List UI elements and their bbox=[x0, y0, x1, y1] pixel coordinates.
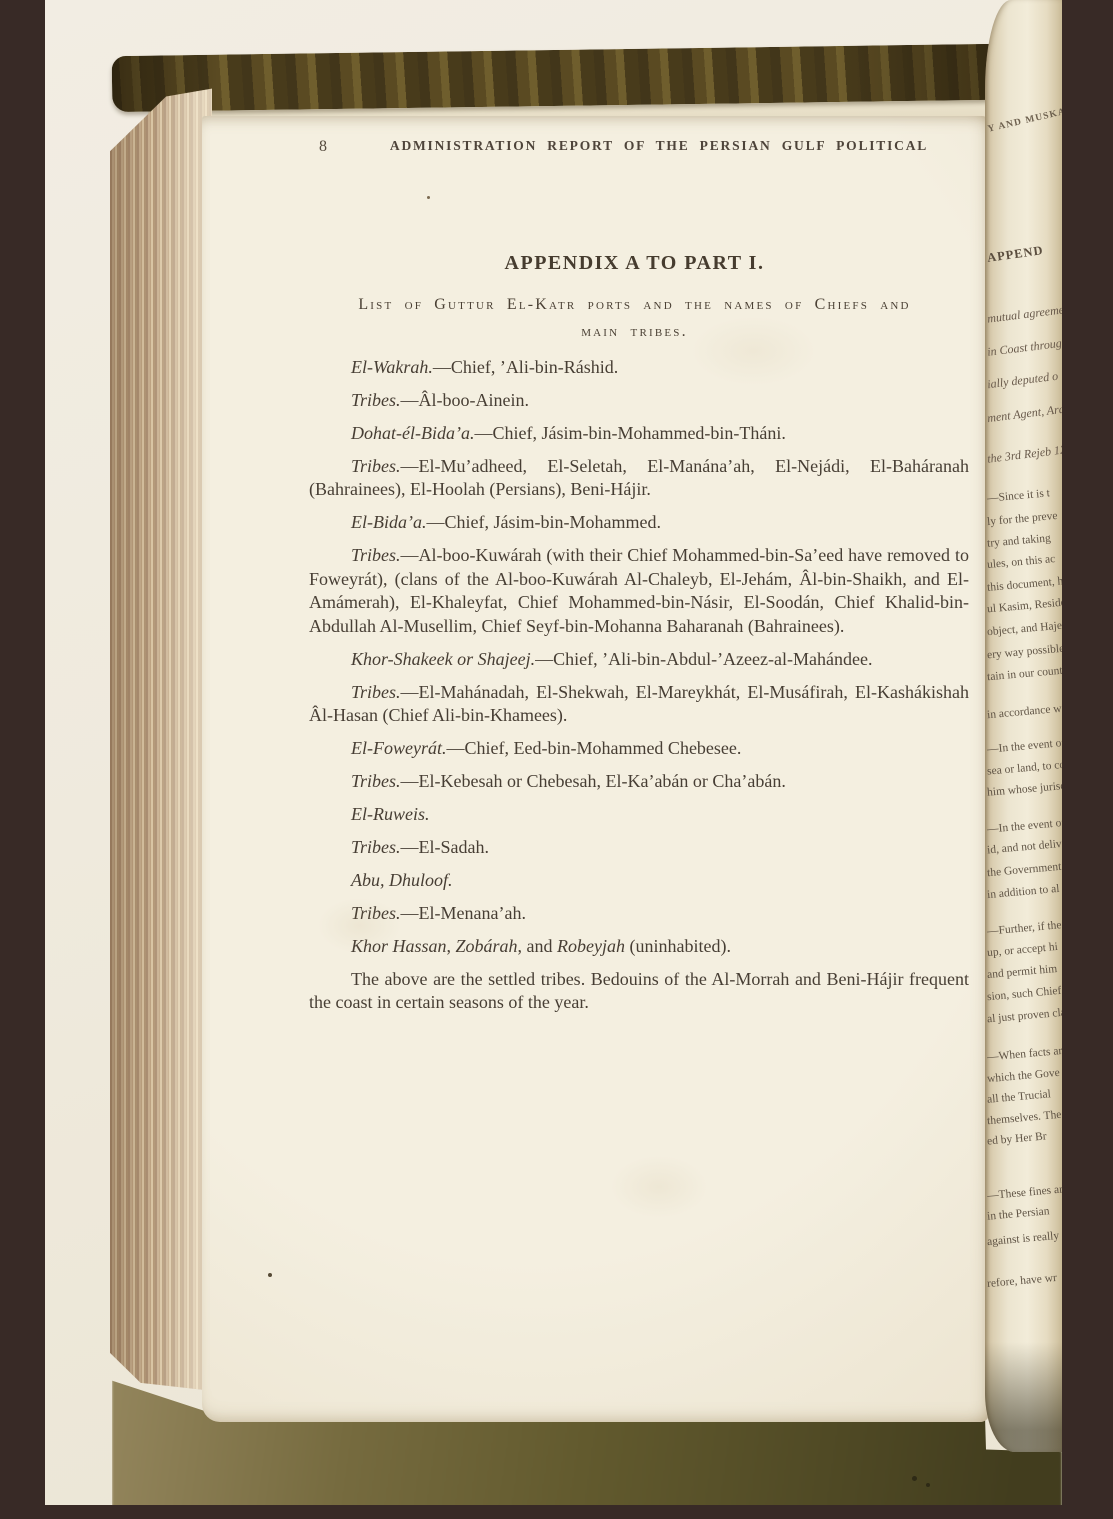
next-page-text-fragment: —These fines are on bbox=[987, 1182, 1062, 1202]
next-page-text-fragment: tain in our count bbox=[987, 665, 1062, 684]
running-header: ADMINISTRATION REPORT OF THE PERSIAN GUL… bbox=[349, 138, 969, 154]
next-page-text-fragment: ment Agent, Arab bbox=[986, 401, 1062, 426]
next-page-text-fragment: —In the event of i bbox=[987, 816, 1062, 835]
next-page-text-fragment: refore, have wr bbox=[987, 1272, 1058, 1290]
page-body: El-Wakrah.—Chief, ’Ali-bin-Ráshid.Tribes… bbox=[309, 356, 969, 1024]
next-page-text-fragment: ules, on this ac bbox=[987, 553, 1056, 571]
next-page-text-fragment: al just proven cla bbox=[987, 1007, 1062, 1026]
next-page-text-fragment: which the Gove bbox=[987, 1067, 1061, 1085]
list-title-line-1: List of Guttur El-Katr ports and the nam… bbox=[282, 296, 987, 314]
next-page-text-fragment: against is really bbox=[987, 1230, 1060, 1248]
paragraph: Tribes.—Al-boo-Kuwárah (with their Chief… bbox=[309, 544, 969, 638]
paragraph: Tribes.—El-Sadah. bbox=[309, 836, 969, 859]
next-page-text-fragment: Y AND MUSKAT bbox=[987, 105, 1062, 134]
next-page-text-fragment: the Government bbox=[987, 861, 1062, 879]
next-page-text-fragment: sea or land, to con bbox=[987, 758, 1062, 777]
page-number: 8 bbox=[319, 138, 327, 156]
next-page-text-fragment: sion, such Chief bbox=[987, 985, 1062, 1003]
paragraph: Tribes.—El-Kebesah or Chebesah, El-Ka’ab… bbox=[309, 770, 969, 793]
next-page-text-fragment: ly for the preve bbox=[987, 510, 1058, 528]
next-page-edge: Y AND MUSKATAPPENDmutual agreemein Coast… bbox=[985, 0, 1062, 1452]
next-page-text-fragment: in addition to al bbox=[987, 883, 1060, 901]
next-page-text-fragment: ed by Her Br bbox=[987, 1130, 1048, 1147]
next-page-text-fragment: up, or accept hi bbox=[987, 941, 1059, 959]
paragraph: Tribes.—Âl-boo-Ainein. bbox=[309, 389, 969, 412]
next-page-text-fragment: —Further, if the C bbox=[987, 918, 1062, 937]
next-page-text-fragment: in the Persian bbox=[987, 1205, 1050, 1222]
shadow-speck bbox=[926, 1483, 930, 1487]
paragraph: El-Bida’a.—Chief, Jásim-bin-Mohammed. bbox=[309, 511, 969, 534]
photo-scene: 8 ADMINISTRATION REPORT OF THE PERSIAN G… bbox=[45, 0, 1062, 1505]
paragraph: Abu, Dhuloof. bbox=[309, 869, 969, 892]
list-title-line-2: main tribes. bbox=[282, 323, 987, 341]
paragraph: The above are the settled tribes. Bedoui… bbox=[309, 968, 969, 1015]
next-page-text-fragment: try and taking bbox=[987, 532, 1052, 550]
appendix-heading: APPENDIX A TO PART I. bbox=[302, 252, 967, 275]
paragraph: El-Wakrah.—Chief, ’Ali-bin-Ráshid. bbox=[309, 356, 969, 379]
paragraph: El-Foweyrát.—Chief, Eed-bin-Mohammed Che… bbox=[309, 737, 969, 760]
paragraph: Khor-Shakeek or Shajeej.—Chief, ’Ali-bin… bbox=[309, 648, 969, 671]
next-page-text-fragment: in Coast through bbox=[986, 335, 1062, 360]
paragraph: Tribes.—El-Menana’ah. bbox=[309, 902, 969, 925]
next-page-text-fragment: in accordance w bbox=[987, 703, 1062, 721]
book-fore-edge bbox=[110, 86, 212, 1392]
paper-speck bbox=[427, 196, 430, 199]
next-page-text-fragment: APPEND bbox=[986, 243, 1044, 266]
paragraph: El-Ruweis. bbox=[309, 803, 969, 826]
next-page-text-fragment: —Since it is t bbox=[987, 487, 1051, 504]
next-page-text-fragment: this document, here bbox=[987, 574, 1062, 594]
paragraph: Tribes.—El-Mahánadah, El-Shekwah, El-Mar… bbox=[309, 681, 969, 728]
next-page-text-fragment: ul Kasim, Reside bbox=[987, 597, 1062, 616]
next-page-text-fragment: ially deputed o bbox=[986, 369, 1059, 393]
next-page-text-fragment: and permit him bbox=[987, 963, 1058, 981]
paragraph: Tribes.—El-Mu’adheed, El-Seletah, El-Man… bbox=[309, 455, 969, 502]
paper-speck bbox=[268, 1273, 272, 1277]
paragraph: Dohat-él-Bida’a.—Chief, Jásim-bin-Mohamm… bbox=[309, 422, 969, 445]
next-page-text-fragment: id, and not delive bbox=[987, 838, 1062, 857]
next-page-text-fragment: —When facts are bbox=[987, 1045, 1062, 1064]
shadow-speck bbox=[912, 1476, 917, 1481]
next-page-text-fragment: the 3rd Rejeb 12 bbox=[986, 442, 1062, 467]
page-header: 8 ADMINISTRATION REPORT OF THE PERSIAN G… bbox=[309, 138, 969, 160]
book-page: 8 ADMINISTRATION REPORT OF THE PERSIAN G… bbox=[202, 116, 990, 1422]
next-page-text-fragment: all the Trucial bbox=[987, 1088, 1052, 1106]
next-page-text-fragment: themselves. The bbox=[987, 1109, 1062, 1127]
next-page-text-fragment: object, and Haje bbox=[987, 620, 1062, 638]
next-page-text-fragment: —In the event of a bbox=[987, 736, 1062, 755]
next-page-text-fragment: ery way possible bbox=[987, 643, 1062, 662]
next-page-text-fragment: mutual agreeme bbox=[986, 302, 1062, 326]
paragraph: Khor Hassan, Zobárah, and Robeyjah (unin… bbox=[309, 935, 969, 958]
next-page-text-fragment: him whose jurisdic bbox=[987, 779, 1062, 799]
